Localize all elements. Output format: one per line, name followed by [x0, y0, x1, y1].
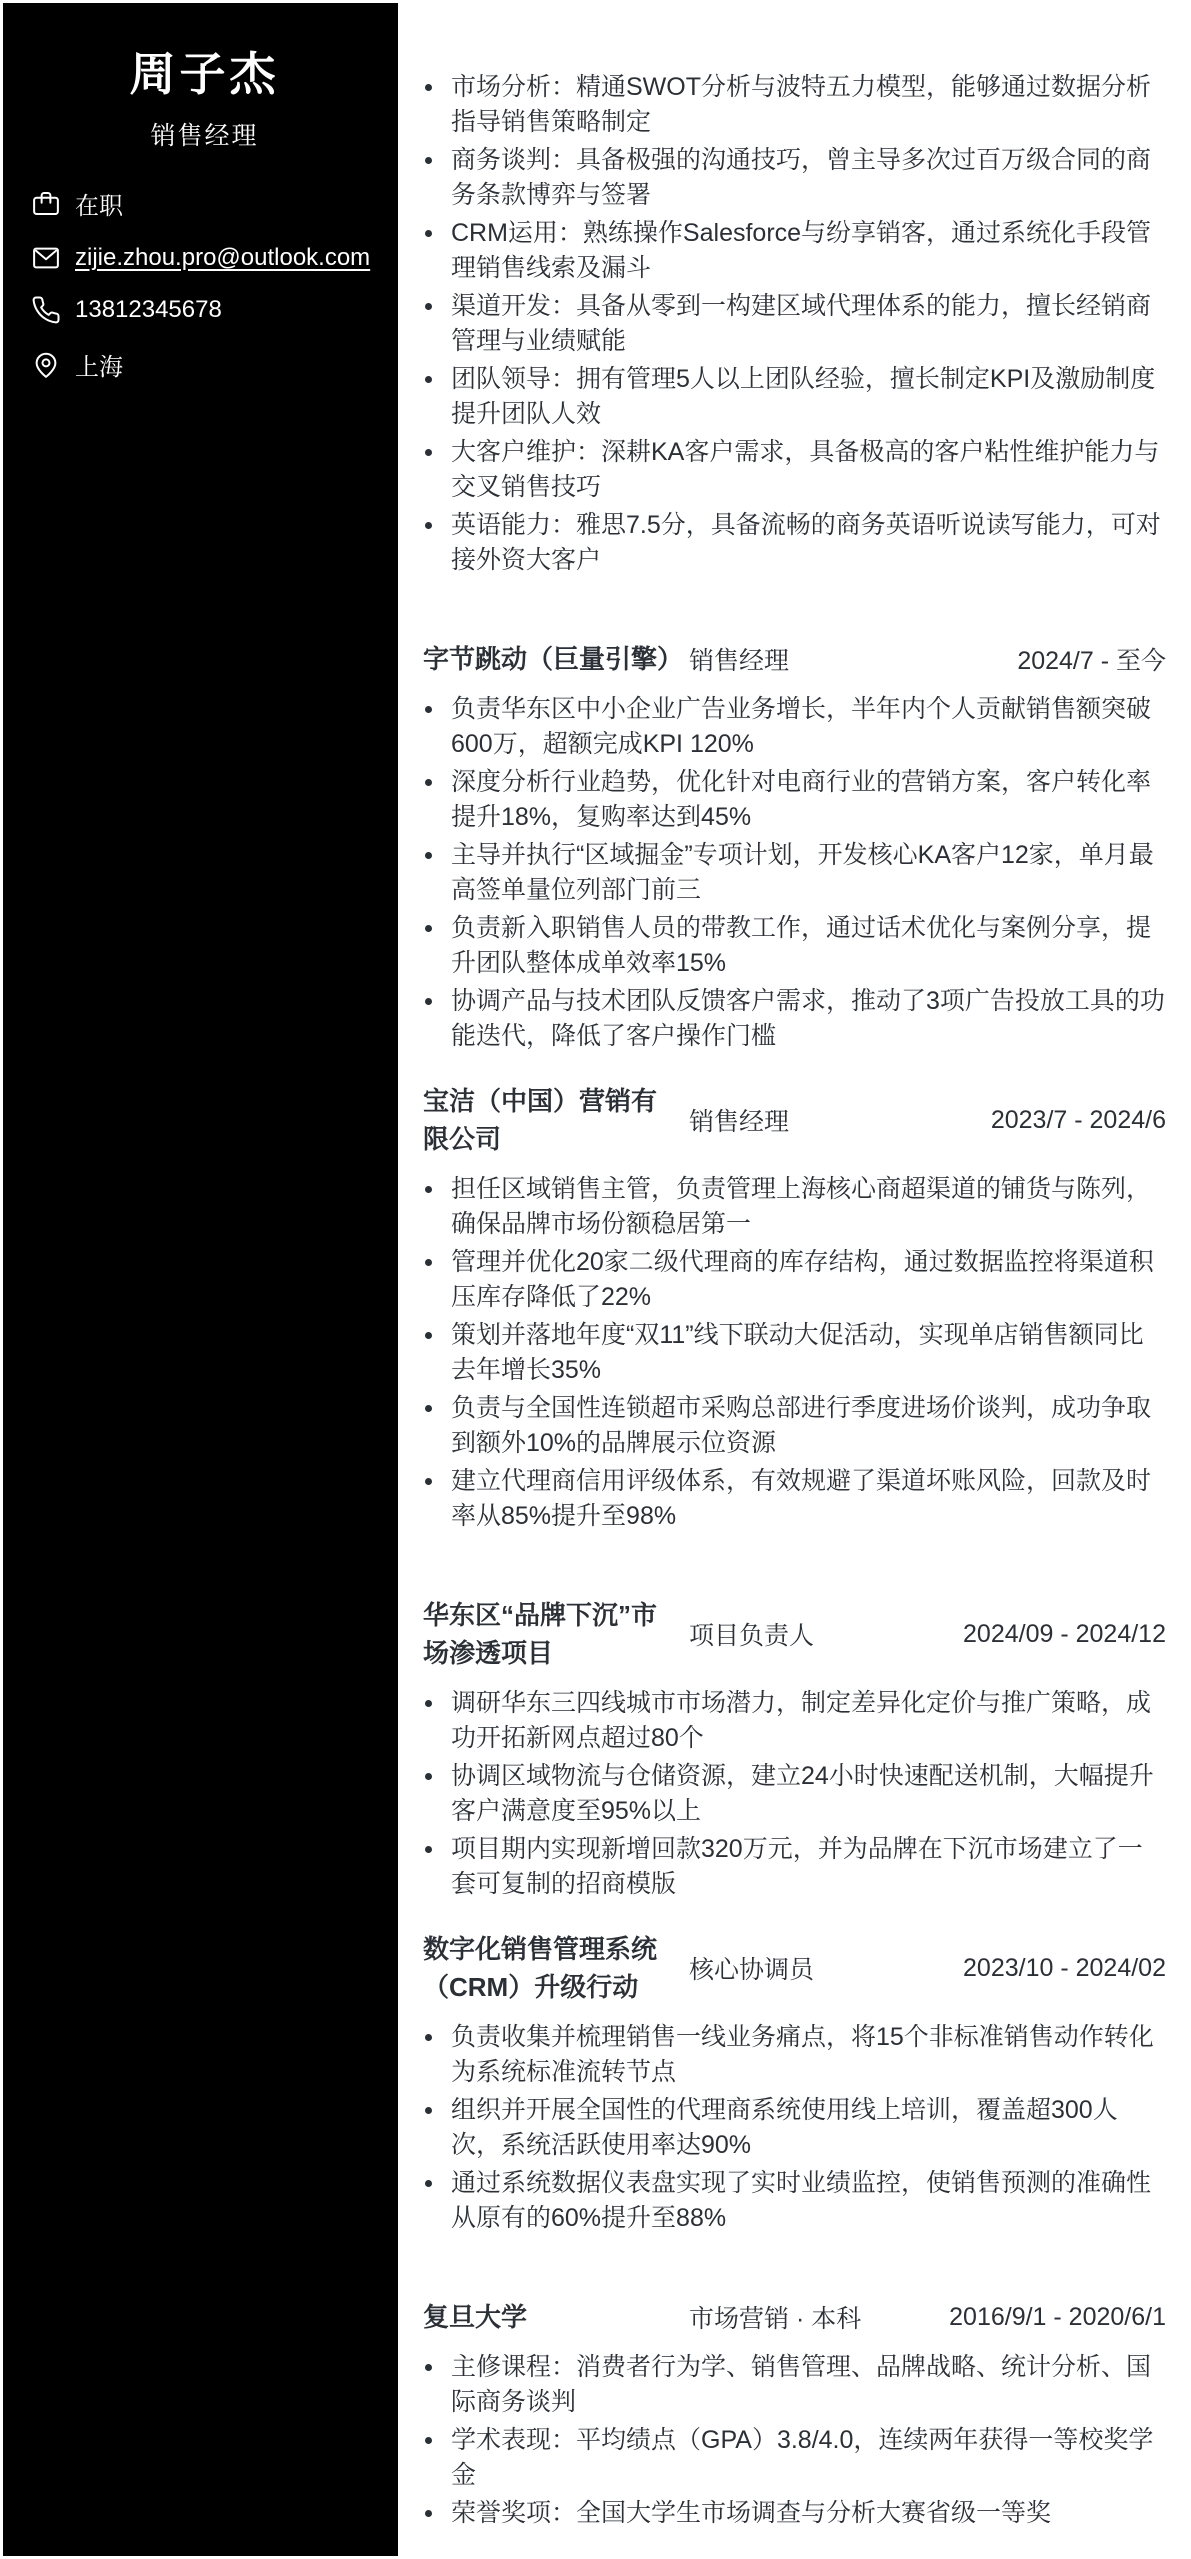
resume-entry: 宝洁（中国）营销有限公司 销售经理 2023/7 - 2024/6 担任区域销售… — [423, 1082, 1166, 1534]
contact-phone-row: 13812345678 — [31, 295, 378, 325]
contact-list: 在职 zijie.zhou.pro@outlook.com 1381234567… — [31, 186, 378, 382]
bullet-dot-icon — [425, 2510, 432, 2517]
bullet-item: 团队领导：拥有管理5人以上团队经验，擅长制定KPI及激励制度提升团队人效 — [423, 362, 1166, 432]
contact-status-row: 在职 — [31, 186, 378, 221]
skills-list: 市场分析：精通SWOT分析与波特五力模型，能够通过数据分析指导销售策略制定商务谈… — [423, 70, 1166, 578]
bullet-item: 荣誉奖项：全国大学生市场调查与分析大赛省级一等奖 — [423, 2496, 1166, 2531]
bullet-item: 大客户维护：深耕KA客户需求，具备极高的客户粘性维护能力与交叉销售技巧 — [423, 435, 1166, 505]
bullet-text: 通过系统数据仪表盘实现了实时业绩监控，使销售预测的准确性从原有的60%提升至88… — [451, 2169, 1151, 2232]
bullet-text: 负责新入职销售人员的带教工作，通过话术优化与案例分享，提升团队整体成单效率15% — [451, 914, 1151, 977]
bullet-text: 主修课程：消费者行为学、销售管理、品牌战略、统计分析、国际商务谈判 — [451, 2353, 1151, 2416]
person-job-title: 销售经理 — [31, 116, 378, 152]
bullet-dot-icon — [425, 1773, 432, 1780]
bullet-text: 市场分析：精通SWOT分析与波特五力模型，能够通过数据分析指导销售策略制定 — [451, 73, 1151, 136]
bullet-text: 负责收集并梳理销售一线业务痛点，将15个非标准销售动作转化为系统标准流转节点 — [451, 2023, 1154, 2086]
entry-header: 华东区“品牌下沉”市场渗透项目 项目负责人 2024/09 - 2024/12 — [423, 1596, 1166, 1672]
bullet-dot-icon — [425, 376, 432, 383]
bullet-text: 调研华东三四线城市市场潜力，制定差异化定价与推广策略，成功开拓新网点超过80个 — [451, 1689, 1151, 1752]
bullet-dot-icon — [425, 925, 432, 932]
entry-bullet-list: 负责收集并梳理销售一线业务痛点，将15个非标准销售动作转化为系统标准流转节点组织… — [423, 2020, 1166, 2236]
entry-role: 销售经理 — [689, 1102, 789, 1138]
resume-entry: 华东区“品牌下沉”市场渗透项目 项目负责人 2024/09 - 2024/12 … — [423, 1596, 1166, 1902]
bullet-dot-icon — [425, 303, 432, 310]
entry-header: 宝洁（中国）营销有限公司 销售经理 2023/7 - 2024/6 — [423, 1082, 1166, 1158]
bullet-dot-icon — [425, 449, 432, 456]
bullet-item: 负责与全国性连锁超市采购总部进行季度进场价谈判，成功争取到额外10%的品牌展示位… — [423, 1391, 1166, 1461]
bullet-dot-icon — [425, 1846, 432, 1853]
bullet-item: 负责收集并梳理销售一线业务痛点，将15个非标准销售动作转化为系统标准流转节点 — [423, 2020, 1166, 2090]
bullet-item: 负责新入职销售人员的带教工作，通过话术优化与案例分享，提升团队整体成单效率15% — [423, 911, 1166, 981]
bullet-item: 深度分析行业趋势，优化针对电商行业的营销方案，客户转化率提升18%，复购率达到4… — [423, 765, 1166, 835]
bullet-item: 协调产品与技术团队反馈客户需求，推动了3项广告投放工具的功能迭代，降低了客户操作… — [423, 984, 1166, 1054]
entry-title: 字节跳动（巨量引擎） — [423, 640, 679, 678]
entry-role: 项目负责人 — [689, 1616, 814, 1652]
experience-section: 字节跳动（巨量引擎） 销售经理 2024/7 - 至今 负责华东区中小企业广告业… — [423, 640, 1166, 1534]
bullet-dot-icon — [425, 852, 432, 859]
entry-title: 数字化销售管理系统（CRM）升级行动 — [423, 1930, 679, 2006]
bullet-text: 建立代理商信用评级体系，有效规避了渠道坏账风险，回款及时率从85%提升至98% — [451, 1467, 1151, 1530]
bullet-item: CRM运用：熟练操作Salesforce与纷享销客，通过系统化手段管理销售线索及… — [423, 216, 1166, 286]
bullet-text: 管理并优化20家二级代理商的库存结构，通过数据监控将渠道积压库存降低了22% — [451, 1248, 1154, 1311]
entry-bullet-list: 调研华东三四线城市市场潜力，制定差异化定价与推广策略，成功开拓新网点超过80个协… — [423, 1686, 1166, 1902]
entry-date-range: 2024/7 - 至今 — [799, 641, 1166, 677]
bullet-dot-icon — [425, 157, 432, 164]
bullet-dot-icon — [425, 2364, 432, 2371]
bullet-item: 主修课程：消费者行为学、销售管理、品牌战略、统计分析、国际商务谈判 — [423, 2350, 1166, 2420]
entry-bullet-list: 负责华东区中小企业广告业务增长，半年内个人贡献销售额突破600万，超额完成KPI… — [423, 692, 1166, 1054]
employment-status: 在职 — [75, 186, 123, 221]
bullet-item: 协调区域物流与仓储资源，建立24小时快速配送机制，大幅提升客户满意度至95%以上 — [423, 1759, 1166, 1829]
bullet-item: 学术表现：平均绩点（GPA）3.8/4.0，连续两年获得一等校奖学金 — [423, 2423, 1166, 2493]
bullet-item: 调研华东三四线城市市场潜力，制定差异化定价与推广策略，成功开拓新网点超过80个 — [423, 1686, 1166, 1756]
resume-entry: 数字化销售管理系统（CRM）升级行动 核心协调员 2023/10 - 2024/… — [423, 1930, 1166, 2236]
entry-role: 市场营销 · 本科 — [689, 2299, 861, 2335]
bullet-dot-icon — [425, 2437, 432, 2444]
entry-header: 复旦大学 市场营销 · 本科 2016/9/1 - 2020/6/1 — [423, 2298, 1166, 2336]
bullet-text: 商务谈判：具备极强的沟通技巧，曾主导多次过百万级合同的商务条款博弈与签署 — [451, 146, 1151, 209]
bullet-dot-icon — [425, 84, 432, 91]
phone-number: 13812345678 — [75, 296, 222, 324]
bullet-text: 协调区域物流与仓储资源，建立24小时快速配送机制，大幅提升客户满意度至95%以上 — [451, 1762, 1154, 1825]
mail-icon — [31, 243, 61, 273]
entry-header: 字节跳动（巨量引擎） 销售经理 2024/7 - 至今 — [423, 640, 1166, 678]
education-section: 复旦大学 市场营销 · 本科 2016/9/1 - 2020/6/1 主修课程：… — [423, 2298, 1166, 2531]
bullet-text: CRM运用：熟练操作Salesforce与纷享销客，通过系统化手段管理销售线索及… — [451, 219, 1151, 282]
entry-title: 复旦大学 — [423, 2298, 679, 2336]
entry-date-range: 2024/09 - 2024/12 — [824, 1620, 1166, 1649]
bullet-text: 负责华东区中小企业广告业务增长，半年内个人贡献销售额突破600万，超额完成KPI… — [451, 695, 1151, 758]
bullet-text: 组织并开展全国性的代理商系统使用线上培训，覆盖超300人次，系统活跃使用率达90… — [451, 2096, 1118, 2159]
bullet-text: 项目期内实现新增回款320万元，并为品牌在下沉市场建立了一套可复制的招商模版 — [451, 1835, 1143, 1898]
entry-date-range: 2023/7 - 2024/6 — [799, 1106, 1166, 1135]
entry-role: 核心协调员 — [689, 1950, 814, 1986]
bullet-text: 荣誉奖项：全国大学生市场调查与分析大赛省级一等奖 — [451, 2499, 1051, 2527]
entry-title: 华东区“品牌下沉”市场渗透项目 — [423, 1596, 679, 1672]
bullet-text: 渠道开发：具备从零到一构建区域代理体系的能力，擅长经销商管理与业绩赋能 — [451, 292, 1151, 355]
email-link[interactable]: zijie.zhou.pro@outlook.com — [75, 244, 370, 272]
entry-bullet-list: 主修课程：消费者行为学、销售管理、品牌战略、统计分析、国际商务谈判学术表现：平均… — [423, 2350, 1166, 2531]
resume-page: 周子杰 销售经理 在职 zijie.zhou.pro@outlook.com — [0, 0, 1191, 2559]
sidebar: 周子杰 销售经理 在职 zijie.zhou.pro@outlook.com — [3, 3, 398, 2556]
bullet-text: 协调产品与技术团队反馈客户需求，推动了3项广告投放工具的功能迭代，降低了客户操作… — [451, 987, 1165, 1050]
skills-section: 市场分析：精通SWOT分析与波特五力模型，能够通过数据分析指导销售策略制定商务谈… — [423, 70, 1166, 578]
entry-role: 销售经理 — [689, 641, 789, 677]
bullet-text: 担任区域销售主管，负责管理上海核心商超渠道的铺货与陈列，确保品牌市场份额稳居第一 — [451, 1175, 1151, 1238]
bullet-item: 策划并落地年度“双11”线下联动大促活动，实现单店销售额同比去年增长35% — [423, 1318, 1166, 1388]
resume-entry: 字节跳动（巨量引擎） 销售经理 2024/7 - 至今 负责华东区中小企业广告业… — [423, 640, 1166, 1054]
bullet-item: 市场分析：精通SWOT分析与波特五力模型，能够通过数据分析指导销售策略制定 — [423, 70, 1166, 140]
bullet-item: 项目期内实现新增回款320万元，并为品牌在下沉市场建立了一套可复制的招商模版 — [423, 1832, 1166, 1902]
contact-email-row: zijie.zhou.pro@outlook.com — [31, 243, 378, 273]
bullet-dot-icon — [425, 779, 432, 786]
entry-header: 数字化销售管理系统（CRM）升级行动 核心协调员 2023/10 - 2024/… — [423, 1930, 1166, 2006]
bullet-item: 担任区域销售主管，负责管理上海核心商超渠道的铺货与陈列，确保品牌市场份额稳居第一 — [423, 1172, 1166, 1242]
entry-bullet-list: 担任区域销售主管，负责管理上海核心商超渠道的铺货与陈列，确保品牌市场份额稳居第一… — [423, 1172, 1166, 1534]
bullet-text: 英语能力：雅思7.5分，具备流畅的商务英语听说读写能力，可对接外资大客户 — [451, 511, 1161, 574]
bullet-dot-icon — [425, 2107, 432, 2114]
bullet-item: 建立代理商信用评级体系，有效规避了渠道坏账风险，回款及时率从85%提升至98% — [423, 1464, 1166, 1534]
bullet-dot-icon — [425, 1332, 432, 1339]
bullet-item: 组织并开展全国性的代理商系统使用线上培训，覆盖超300人次，系统活跃使用率达90… — [423, 2093, 1166, 2163]
bullet-text: 学术表现：平均绩点（GPA）3.8/4.0，连续两年获得一等校奖学金 — [451, 2426, 1153, 2489]
bullet-dot-icon — [425, 1259, 432, 1266]
resume-entry: 复旦大学 市场营销 · 本科 2016/9/1 - 2020/6/1 主修课程：… — [423, 2298, 1166, 2531]
bullet-dot-icon — [425, 230, 432, 237]
entry-date-range: 2023/10 - 2024/02 — [824, 1954, 1166, 1983]
bullet-item: 英语能力：雅思7.5分，具备流畅的商务英语听说读写能力，可对接外资大客户 — [423, 508, 1166, 578]
contact-location-row: 上海 — [31, 347, 378, 382]
projects-section: 华东区“品牌下沉”市场渗透项目 项目负责人 2024/09 - 2024/12 … — [423, 1596, 1166, 2236]
bullet-dot-icon — [425, 706, 432, 713]
bullet-text: 负责与全国性连锁超市采购总部进行季度进场价谈判，成功争取到额外10%的品牌展示位… — [451, 1394, 1151, 1457]
bullet-item: 主导并执行“区域掘金”专项计划，开发核心KA客户12家，单月最高签单量位列部门前… — [423, 838, 1166, 908]
bullet-item: 渠道开发：具备从零到一构建区域代理体系的能力，擅长经销商管理与业绩赋能 — [423, 289, 1166, 359]
bullet-dot-icon — [425, 1186, 432, 1193]
bullet-text: 主导并执行“区域掘金”专项计划，开发核心KA客户12家，单月最高签单量位列部门前… — [451, 841, 1154, 904]
bullet-text: 深度分析行业趋势，优化针对电商行业的营销方案，客户转化率提升18%，复购率达到4… — [451, 768, 1151, 831]
bullet-text: 策划并落地年度“双11”线下联动大促活动，实现单店销售额同比去年增长35% — [451, 1321, 1144, 1384]
bullet-item: 通过系统数据仪表盘实现了实时业绩监控，使销售预测的准确性从原有的60%提升至88… — [423, 2166, 1166, 2236]
bullet-text: 团队领导：拥有管理5人以上团队经验，擅长制定KPI及激励制度提升团队人效 — [451, 365, 1155, 428]
bullet-dot-icon — [425, 2034, 432, 2041]
bullet-dot-icon — [425, 1700, 432, 1707]
bullet-item: 管理并优化20家二级代理商的库存结构，通过数据监控将渠道积压库存降低了22% — [423, 1245, 1166, 1315]
phone-icon — [31, 295, 61, 325]
location-text: 上海 — [75, 347, 123, 382]
resume-main: 市场分析：精通SWOT分析与波特五力模型，能够通过数据分析指导销售策略制定商务谈… — [398, 0, 1191, 2534]
entry-title: 宝洁（中国）营销有限公司 — [423, 1082, 679, 1158]
person-name: 周子杰 — [31, 47, 378, 102]
bullet-item: 负责华东区中小企业广告业务增长，半年内个人贡献销售额突破600万，超额完成KPI… — [423, 692, 1166, 762]
bullet-text: 大客户维护：深耕KA客户需求，具备极高的客户粘性维护能力与交叉销售技巧 — [451, 438, 1159, 501]
entry-date-range: 2016/9/1 - 2020/6/1 — [871, 2303, 1166, 2332]
location-pin-icon — [31, 350, 61, 380]
bullet-dot-icon — [425, 2180, 432, 2187]
briefcase-icon — [31, 189, 61, 219]
bullet-item: 商务谈判：具备极强的沟通技巧，曾主导多次过百万级合同的商务条款博弈与签署 — [423, 143, 1166, 213]
bullet-dot-icon — [425, 998, 432, 1005]
bullet-dot-icon — [425, 1478, 432, 1485]
bullet-dot-icon — [425, 1405, 432, 1412]
bullet-dot-icon — [425, 522, 432, 529]
